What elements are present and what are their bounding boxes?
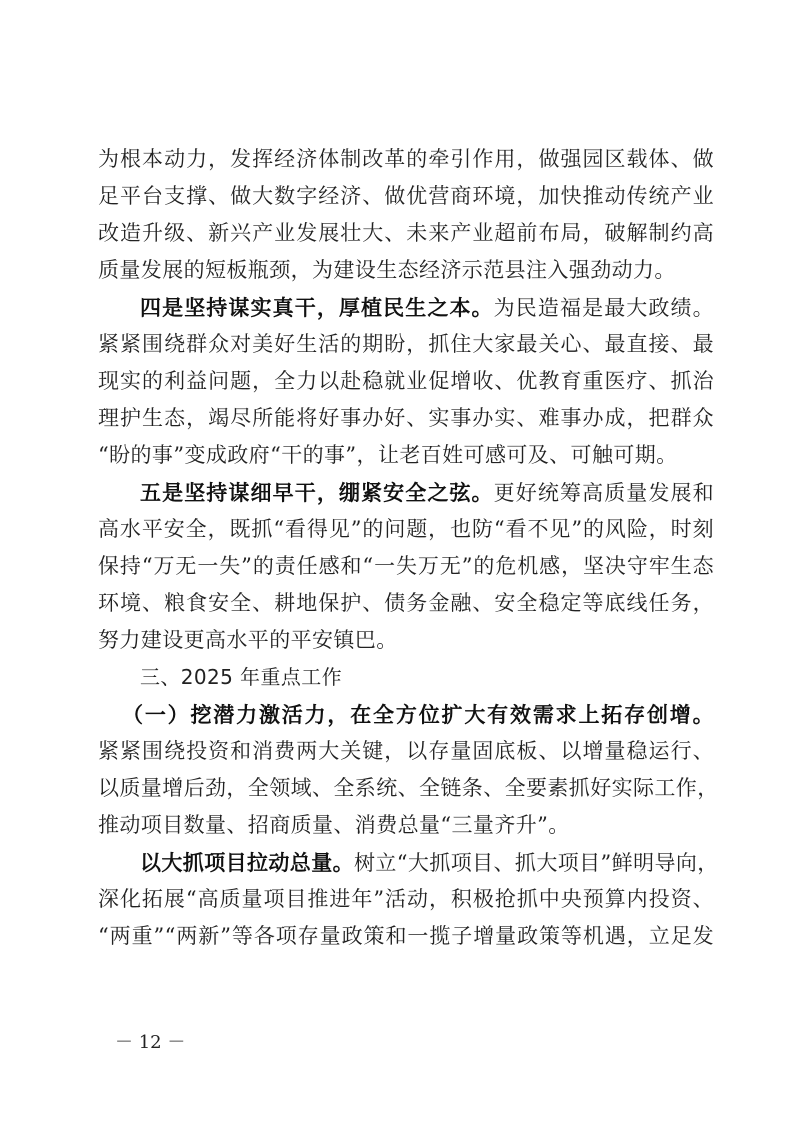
document-body: 为根本动力，发挥经济体制改革的牵引作用，做强园区载体、做 足平台支撑、做大数字经… [98,141,714,955]
text-line: 保持“万无一失”的责任感和“一失万无”的危机感，坚决守牢生态 [98,548,714,585]
text-line: 现实的利益问题，全力以赴稳就业促增收、优教育重医疗、抓治 [98,363,714,400]
section-heading: 三、2025 年重点工作 [98,659,714,696]
text-line: 努力建设更高水平的平安镇巴。 [98,622,714,659]
paragraph-6-rest: 树立“大抓项目、抓大项目”鲜明导向， [354,851,719,875]
paragraph-4-rest: 为民造福是最大政绩。 [494,296,714,320]
paragraph-4-lead: 四是坚持谋实真干，厚植民生之本。 [140,295,494,320]
text-line: 推动项目数量、招商质量、消费总量“三量齐升”。 [98,807,714,844]
text-line: “盼的事”变成政府“干的事”，让老百姓可感可及、可触可期。 [98,437,714,474]
text-line: 足平台支撑、做大数字经济、做优营商环境，加快推动传统产业 [98,178,714,215]
paragraph-4-first-line: 四是坚持谋实真干，厚植民生之本。为民造福是最大政绩。 [98,289,714,326]
paragraph-5-lead: 五是坚持谋细早干，绷紧安全之弦。 [140,480,494,505]
text-line: 改造升级、新兴产业发展壮大、未来产业超前布局，破解制约高 [98,215,714,252]
text-line: “两重”“两新”等各项存量政策和一揽子增量政策等机遇，立足发 [98,918,714,955]
page-number: － 12 － [115,1028,185,1054]
text-line: 紧紧围绕群众对美好生活的期盼，抓住大家最关心、最直接、最 [98,326,714,363]
paragraph-6-first-line: 以大抓项目拉动总量。树立“大抓项目、抓大项目”鲜明导向， [98,844,714,881]
paragraph-6-lead: 以大抓项目拉动总量。 [140,850,354,875]
text-line: 为根本动力，发挥经济体制改革的牵引作用，做强园区载体、做 [98,141,714,178]
text-line: 以质量增后劲，全领域、全系统、全链条、全要素抓好实际工作， [98,770,714,807]
text-line: 紧紧围绕投资和消费两大关键，以存量固底板、以增量稳运行、 [98,733,714,770]
text-line: 理护生态，竭尽所能将好事办好、实事办实、难事办成，把群众 [98,400,714,437]
text-line: 质量发展的短板瓶颈，为建设生态经济示范县注入强劲动力。 [98,252,714,289]
text-line: 深化拓展“高质量项目推进年”活动，积极抢抓中央预算内投资、 [98,881,714,918]
paragraph-5-first-line: 五是坚持谋细早干，绷紧安全之弦。更好统筹高质量发展和 [98,474,714,511]
text-line: 环境、粮食安全、耕地保护、债务金融、安全稳定等底线任务， [98,585,714,622]
text-line: 高水平安全，既抓“看得见”的问题，也防“看不见”的风险，时刻 [98,511,714,548]
paragraph-5-rest: 更好统筹高质量发展和 [494,481,714,505]
subsection-heading: （一）挖潜力激活力，在全方位扩大有效需求上拓存创增。 [98,696,714,733]
